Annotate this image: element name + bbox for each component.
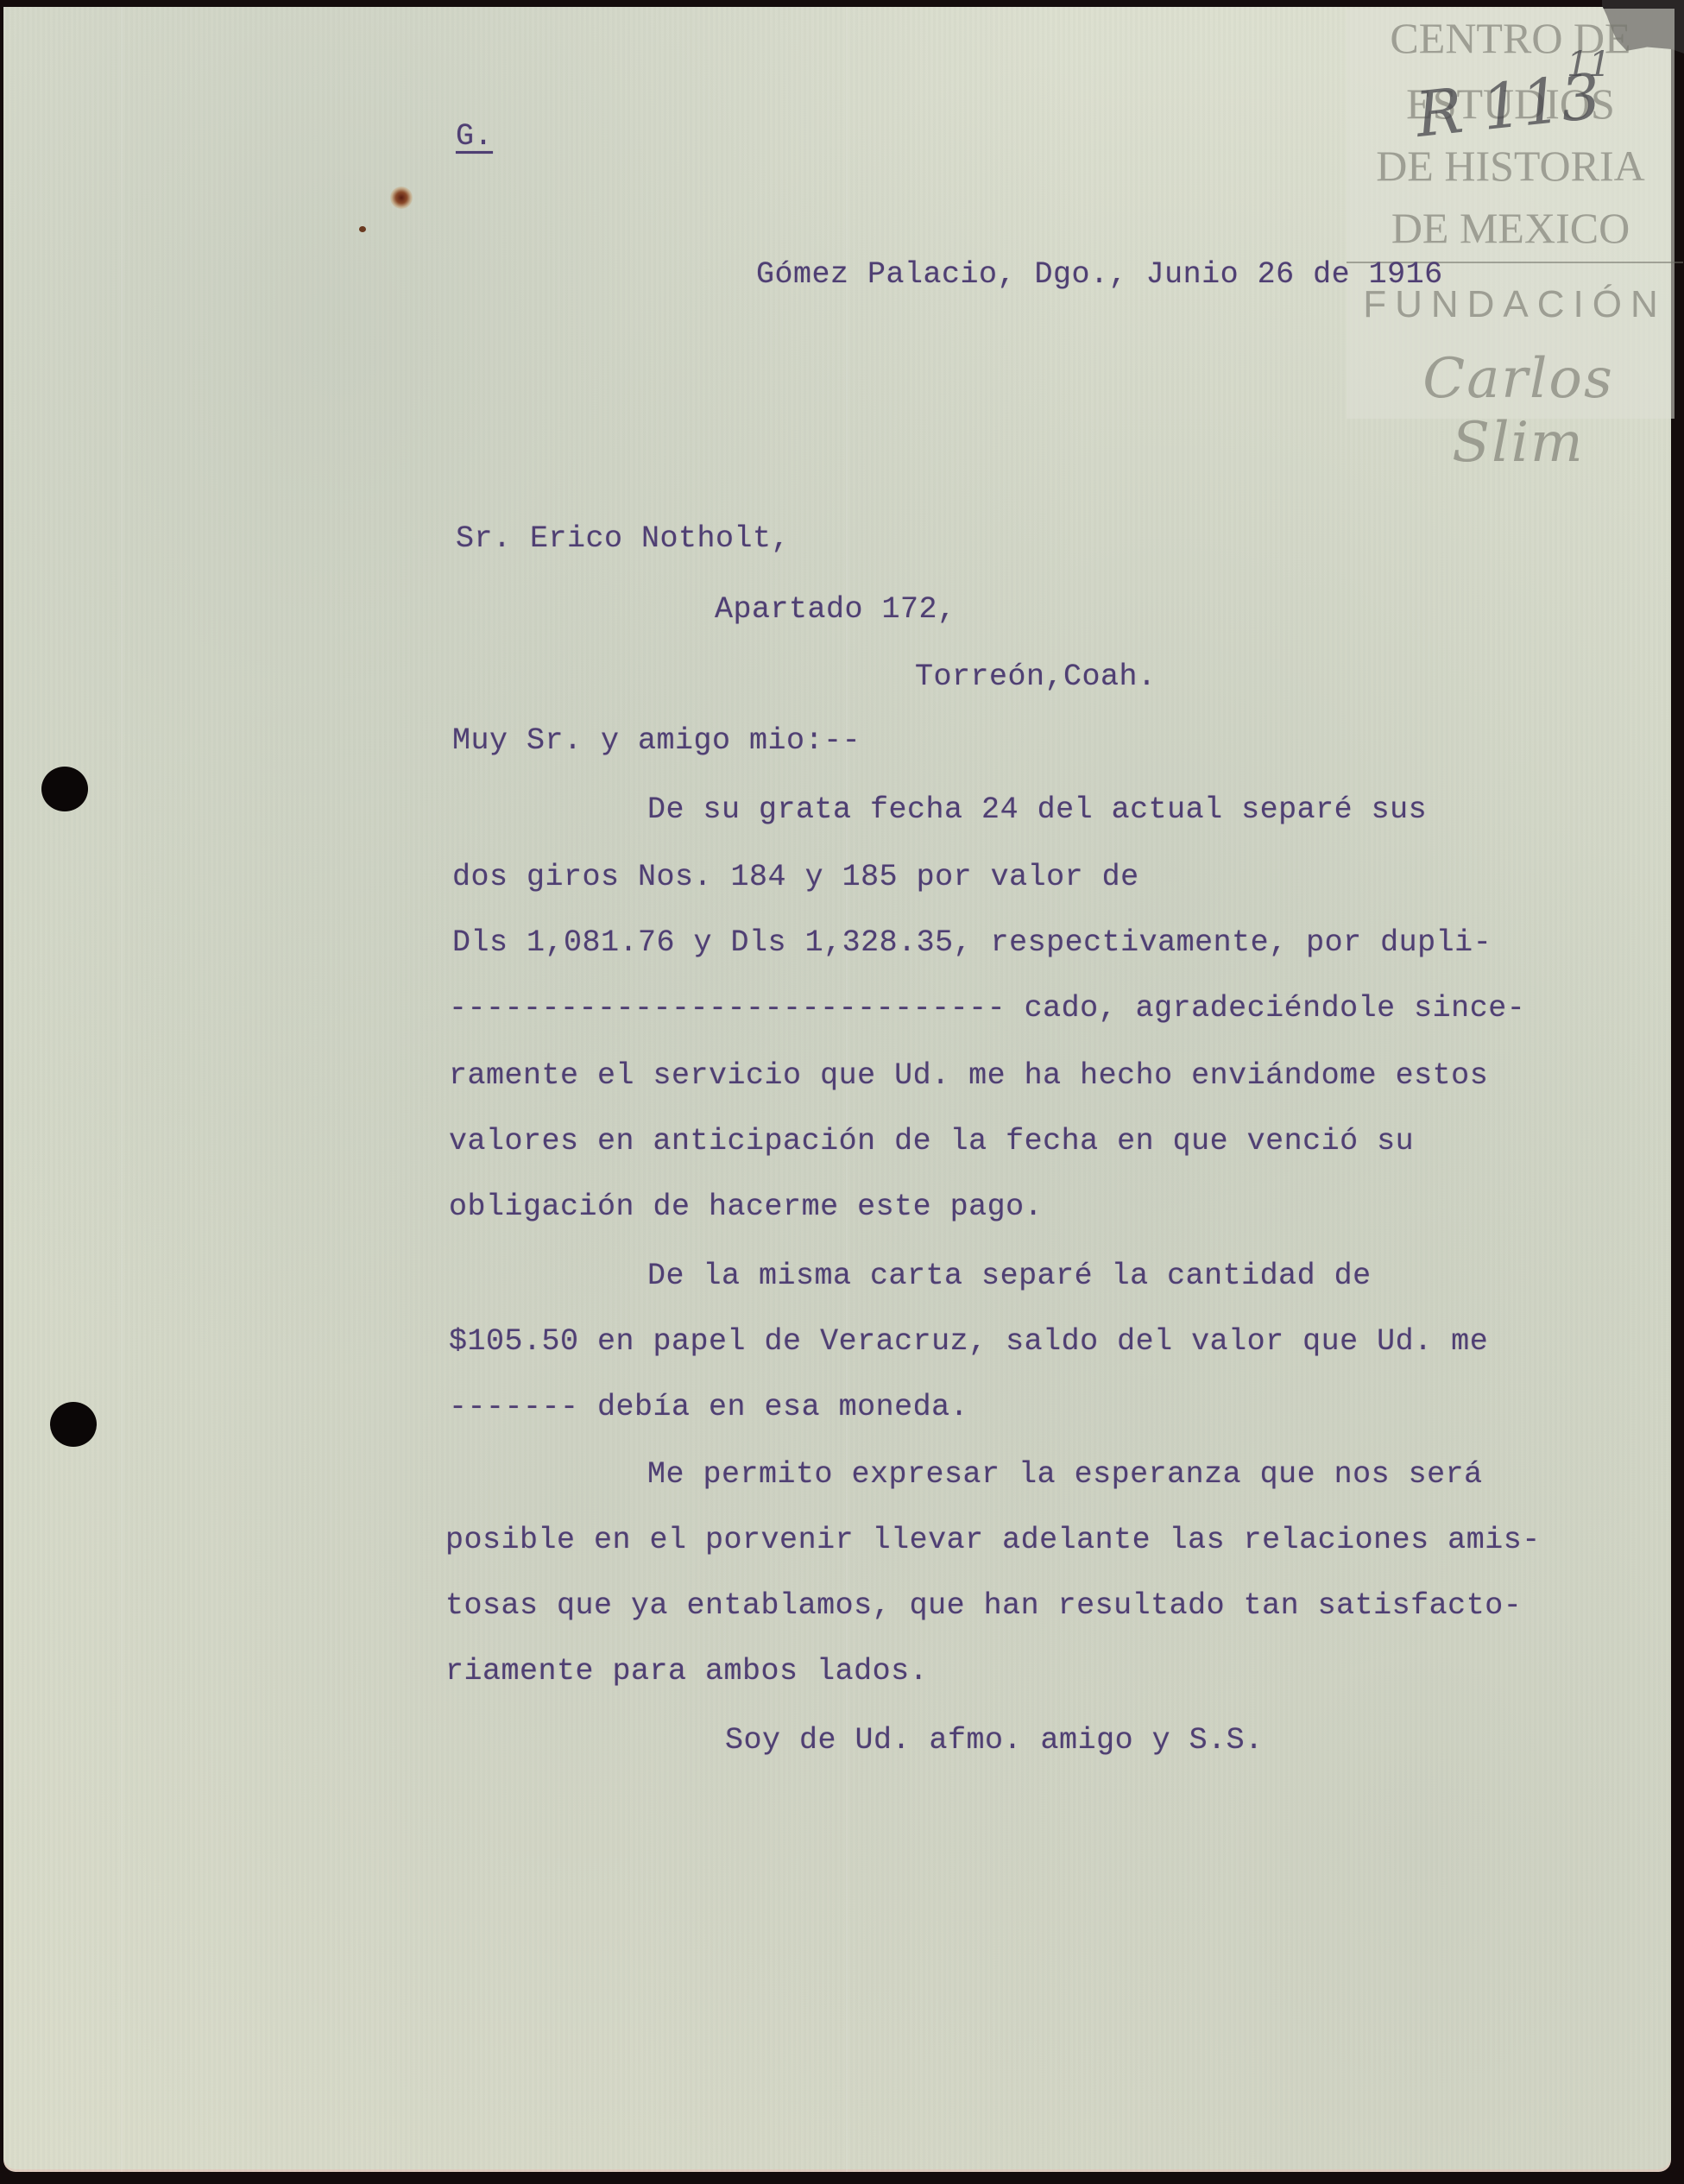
place: Gómez Palacio, Dgo., <box>756 257 1127 292</box>
recipient-name: Sr. Erico Notholt, <box>456 521 790 556</box>
body-line: obligación de hacerme este pago. <box>449 1190 1043 1224</box>
body-line: tosas que ya entablamos, que han resulta… <box>445 1588 1522 1623</box>
body-line: Me permito expresar la esperanza que nos… <box>647 1457 1483 1492</box>
closing: Soy de Ud. afmo. amigo y S.S. <box>725 1723 1264 1758</box>
date: Junio 26 de 1916 <box>1146 257 1443 292</box>
rust-stain-small <box>359 226 366 232</box>
paper-fold-line <box>121 7 123 2172</box>
punch-hole <box>50 1402 97 1447</box>
body-line: De su grata fecha 24 del actual separé s… <box>647 792 1427 827</box>
body-line: ------------------------------ cado, agr… <box>449 991 1525 1026</box>
stamp-line-4: DE MEXICO <box>1347 204 1675 252</box>
stamp-line-3: DE HISTORIA <box>1347 142 1675 190</box>
body-line: De la misma carta separé la cantidad de <box>647 1259 1372 1293</box>
place-date-line: Gómez Palacio, Dgo., Junio 26 de 1916 <box>756 257 1443 292</box>
body-line: posible en el porvenir llevar adelante l… <box>445 1523 1541 1557</box>
body-line: Dls 1,081.76 y Dls 1,328.35, respectivam… <box>452 925 1492 960</box>
salutation: Muy Sr. y amigo mio:-- <box>452 723 861 758</box>
recipient-city: Torreón,Coah. <box>915 660 1157 694</box>
stamp-line-1: CENTRO DE <box>1347 14 1675 62</box>
file-mark: G. <box>456 119 493 154</box>
body-line: ramente el servicio que Ud. me ha hecho … <box>449 1058 1488 1093</box>
recipient-address: Apartado 172, <box>715 592 956 627</box>
rust-stain <box>390 186 413 209</box>
stamp-foundation-name: Carlos Slim <box>1359 347 1678 475</box>
handwritten-mark: 11 <box>1567 45 1611 85</box>
body-line: dos giros Nos. 184 y 185 por valor de <box>452 860 1139 894</box>
punch-hole <box>41 767 88 811</box>
body-line: valores en anticipación de la fecha en q… <box>449 1124 1414 1158</box>
body-line: ------- debía en esa moneda. <box>449 1390 968 1424</box>
body-line: $105.50 en papel de Veracruz, saldo del … <box>449 1324 1488 1359</box>
body-line: riamente para ambos lados. <box>445 1654 928 1688</box>
